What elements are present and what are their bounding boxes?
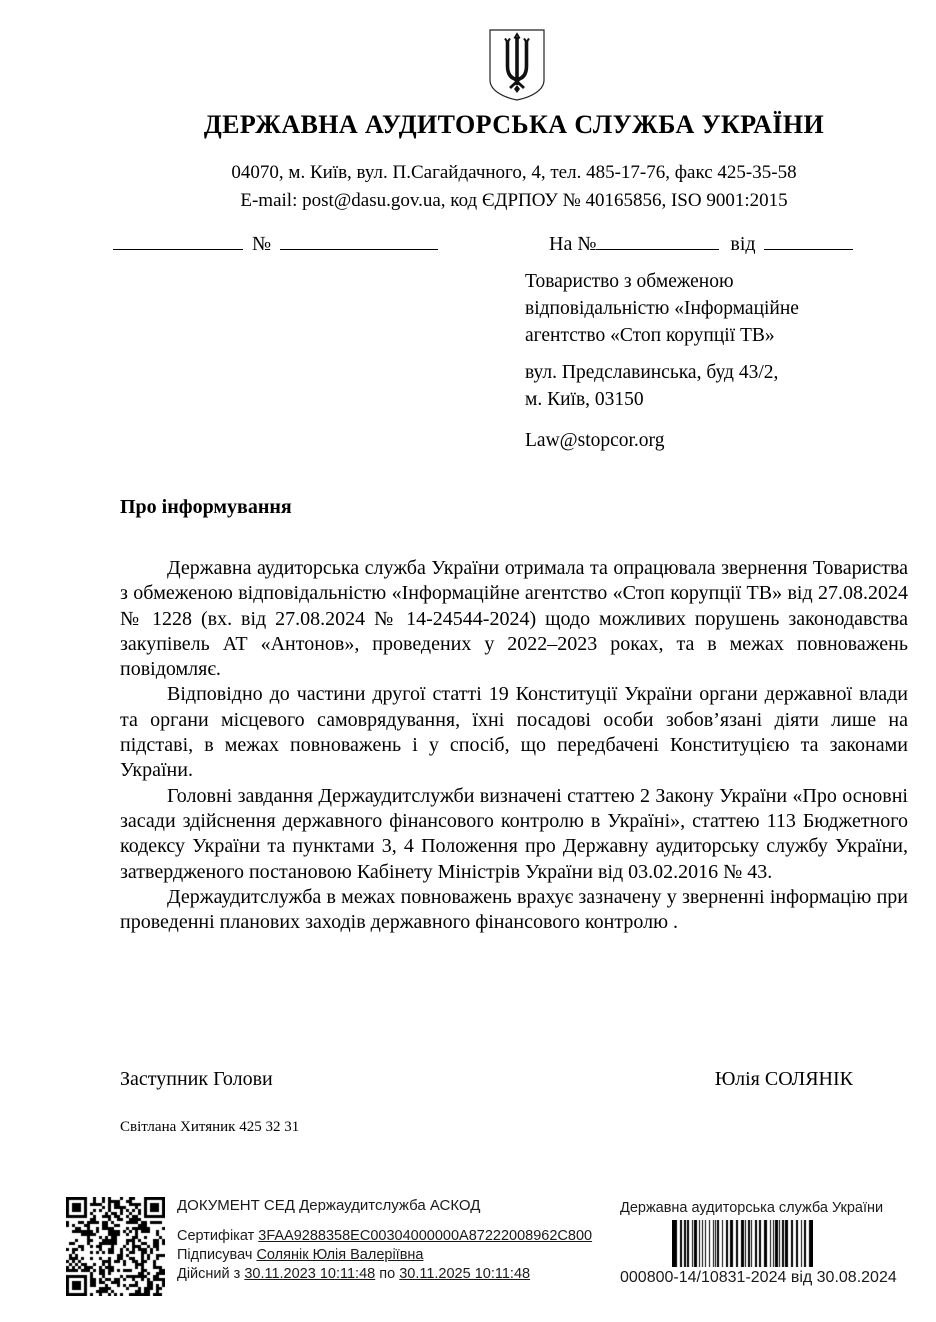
signer-row: Підписувач Солянік Юлія Валеріївна [177, 1246, 592, 1265]
recipient-address-line: м. Київ, 03150 [525, 386, 915, 413]
qr-code-icon [66, 1197, 165, 1296]
body-paragraph: Державна аудиторська служба України отри… [120, 556, 908, 682]
signer-name: Юлія СОЛЯНІК [715, 1068, 853, 1091]
number-sign-label: № [252, 233, 271, 256]
outgoing-date-blank [113, 228, 243, 250]
body-paragraph: Держаудитслужба в межах повноважень врах… [120, 885, 908, 936]
letter-body: Державна аудиторська служба України отри… [120, 556, 908, 935]
incoming-number-blank [596, 228, 719, 250]
recipient-block: Товариство з обмеженою відповідальністю … [525, 268, 915, 454]
validity-row: Дійсний з 30.11.2023 10:11:48 по 30.11.2… [177, 1265, 592, 1284]
certificate-value: 3FAA9288358EC00304000000A87222008962C800 [258, 1228, 592, 1244]
registration-org-name: Державна аудиторська служба України [620, 1200, 864, 1216]
valid-from-value: 30.11.2023 10:11:48 [244, 1266, 375, 1282]
outgoing-number-blank [280, 228, 438, 250]
executor-contact: Світлана Хитяник 425 32 31 [120, 1119, 299, 1136]
valid-to-value: 30.11.2025 10:11:48 [399, 1266, 530, 1282]
signature-row: Заступник Голови Юлія СОЛЯНІК [120, 1068, 853, 1091]
incoming-date-blank [764, 228, 853, 250]
letter-page: ДЕРЖАВНА АУДИТОРСЬКА СЛУЖБА УКРАЇНИ 0407… [0, 0, 936, 1322]
body-paragraph: Головні завдання Держаудитслужби визначе… [120, 784, 908, 885]
org-title: ДЕРЖАВНА АУДИТОРСЬКА СЛУЖБА УКРАЇНИ [120, 110, 908, 140]
recipient-name-line: агентство «Стоп корупції ТВ» [525, 322, 915, 349]
reply-date-label: від [730, 233, 755, 256]
org-contact-line: E-mail: post@dasu.gov.ua, код ЄДРПОУ № 4… [120, 190, 908, 212]
recipient-name-line: відповідальністю «Інформаційне [525, 295, 915, 322]
subject-line: Про інформування [120, 496, 292, 519]
signer-position: Заступник Голови [120, 1068, 273, 1091]
recipient-email: Law@stopcor.org [525, 427, 915, 454]
certificate-row: Сертифікат 3FAA9288358EC00304000000A8722… [177, 1227, 592, 1246]
barcode-icon [672, 1220, 813, 1267]
org-address-line: 04070, м. Київ, вул. П.Сагайдачного, 4, … [120, 162, 908, 184]
certificate-label: Сертифікат [177, 1228, 254, 1244]
incoming-number-row: На №від [549, 228, 853, 256]
sed-stamp-block: ДОКУМЕНТ СЕД Держаудитслужба АСКОД Серти… [177, 1197, 592, 1284]
registration-number: 000800-14/10831-2024 від 30.08.2024 [620, 1269, 864, 1287]
body-paragraph: Відповідно до частини другої статті 19 К… [120, 682, 908, 783]
signer-value: Солянік Юлія Валеріївна [256, 1247, 423, 1263]
reply-to-label: На № [549, 233, 596, 256]
outgoing-number-row: № [113, 228, 438, 256]
recipient-name-line: Товариство з обмеженою [525, 268, 915, 295]
ukraine-trident-emblem-icon [488, 28, 546, 102]
valid-from-label: Дійсний з [177, 1266, 240, 1282]
recipient-address-line: вул. Предславинська, буд 43/2, [525, 359, 915, 386]
registration-block: Державна аудиторська служба України 0008… [620, 1200, 864, 1287]
signer-label: Підписувач [177, 1247, 252, 1263]
sed-system-line: ДОКУМЕНТ СЕД Держаудитслужба АСКОД [177, 1197, 592, 1214]
valid-to-label: по [379, 1266, 395, 1282]
